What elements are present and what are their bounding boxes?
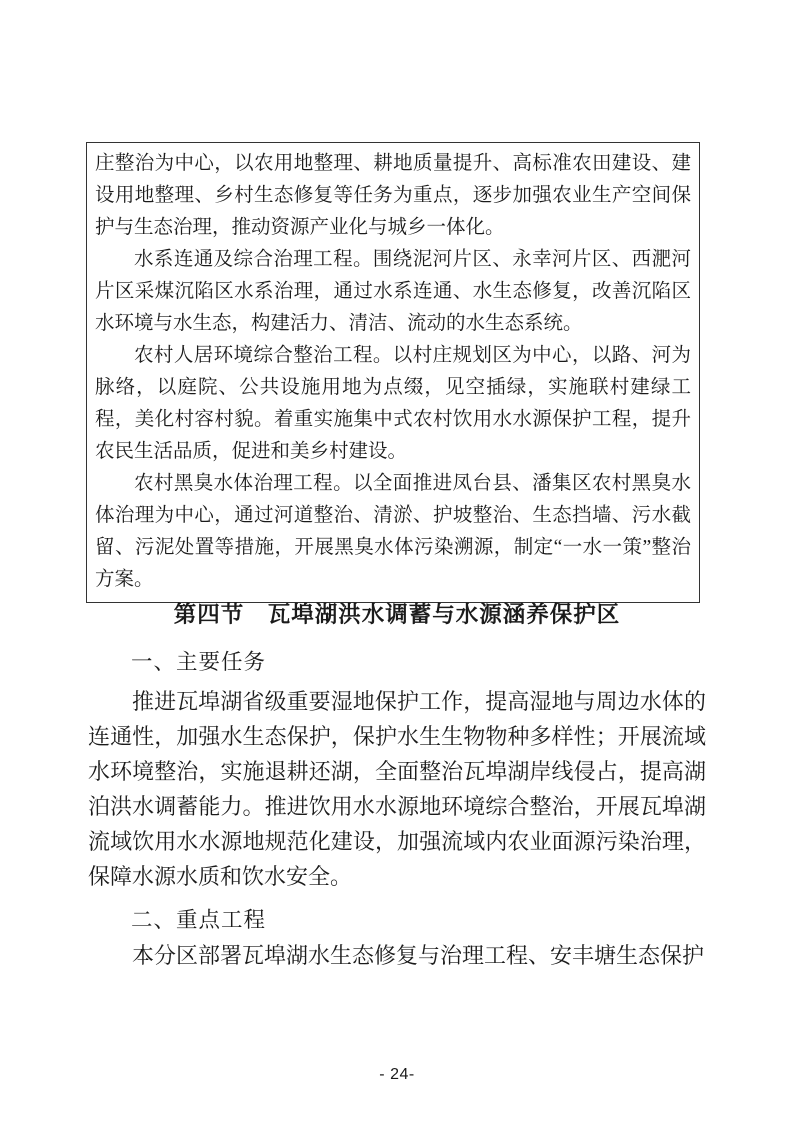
subsection-heading-main-tasks: 一、主要任务: [88, 645, 706, 676]
body-paragraph-main-tasks: 推进瓦埠湖省级重要湿地保护工作，提高湿地与周边水体的连通性，加强水生态保护，保护…: [88, 684, 706, 894]
page-number: - 24-: [0, 1066, 794, 1084]
continuation-text-box: 庄整治为中心，以农用地整理、耕地质量提升、高标准农田建设、建设用地整理、乡村生态…: [86, 142, 700, 603]
section-heading: 第四节 瓦埠湖洪水调蓄与水源涵养保护区: [88, 597, 706, 629]
subsection-heading-key-projects: 二、重点工程: [88, 903, 706, 934]
box-paragraph-water-system: 水系连通及综合治理工程。围绕泥河片区、永幸河片区、西淝河片区采煤沉陷区水系治理，…: [95, 244, 691, 340]
document-page: 庄整治为中心，以农用地整理、耕地质量提升、高标准农田建设、建设用地整理、乡村生态…: [0, 0, 794, 1123]
box-paragraph-continuation: 庄整治为中心，以农用地整理、耕地质量提升、高标准农田建设、建设用地整理、乡村生态…: [95, 148, 691, 244]
body-paragraph-key-projects: 本分区部署瓦埠湖水生态修复与治理工程、安丰塘生态保护: [88, 938, 706, 973]
box-paragraph-black-odor-water: 农村黑臭水体治理工程。以全面推进凤台县、潘集区农村黑臭水体治理为中心，通过河道整…: [95, 468, 691, 596]
box-paragraph-rural-environment: 农村人居环境综合整治工程。以村庄规划区为中心，以路、河为脉络，以庭院、公共设施用…: [95, 340, 691, 468]
